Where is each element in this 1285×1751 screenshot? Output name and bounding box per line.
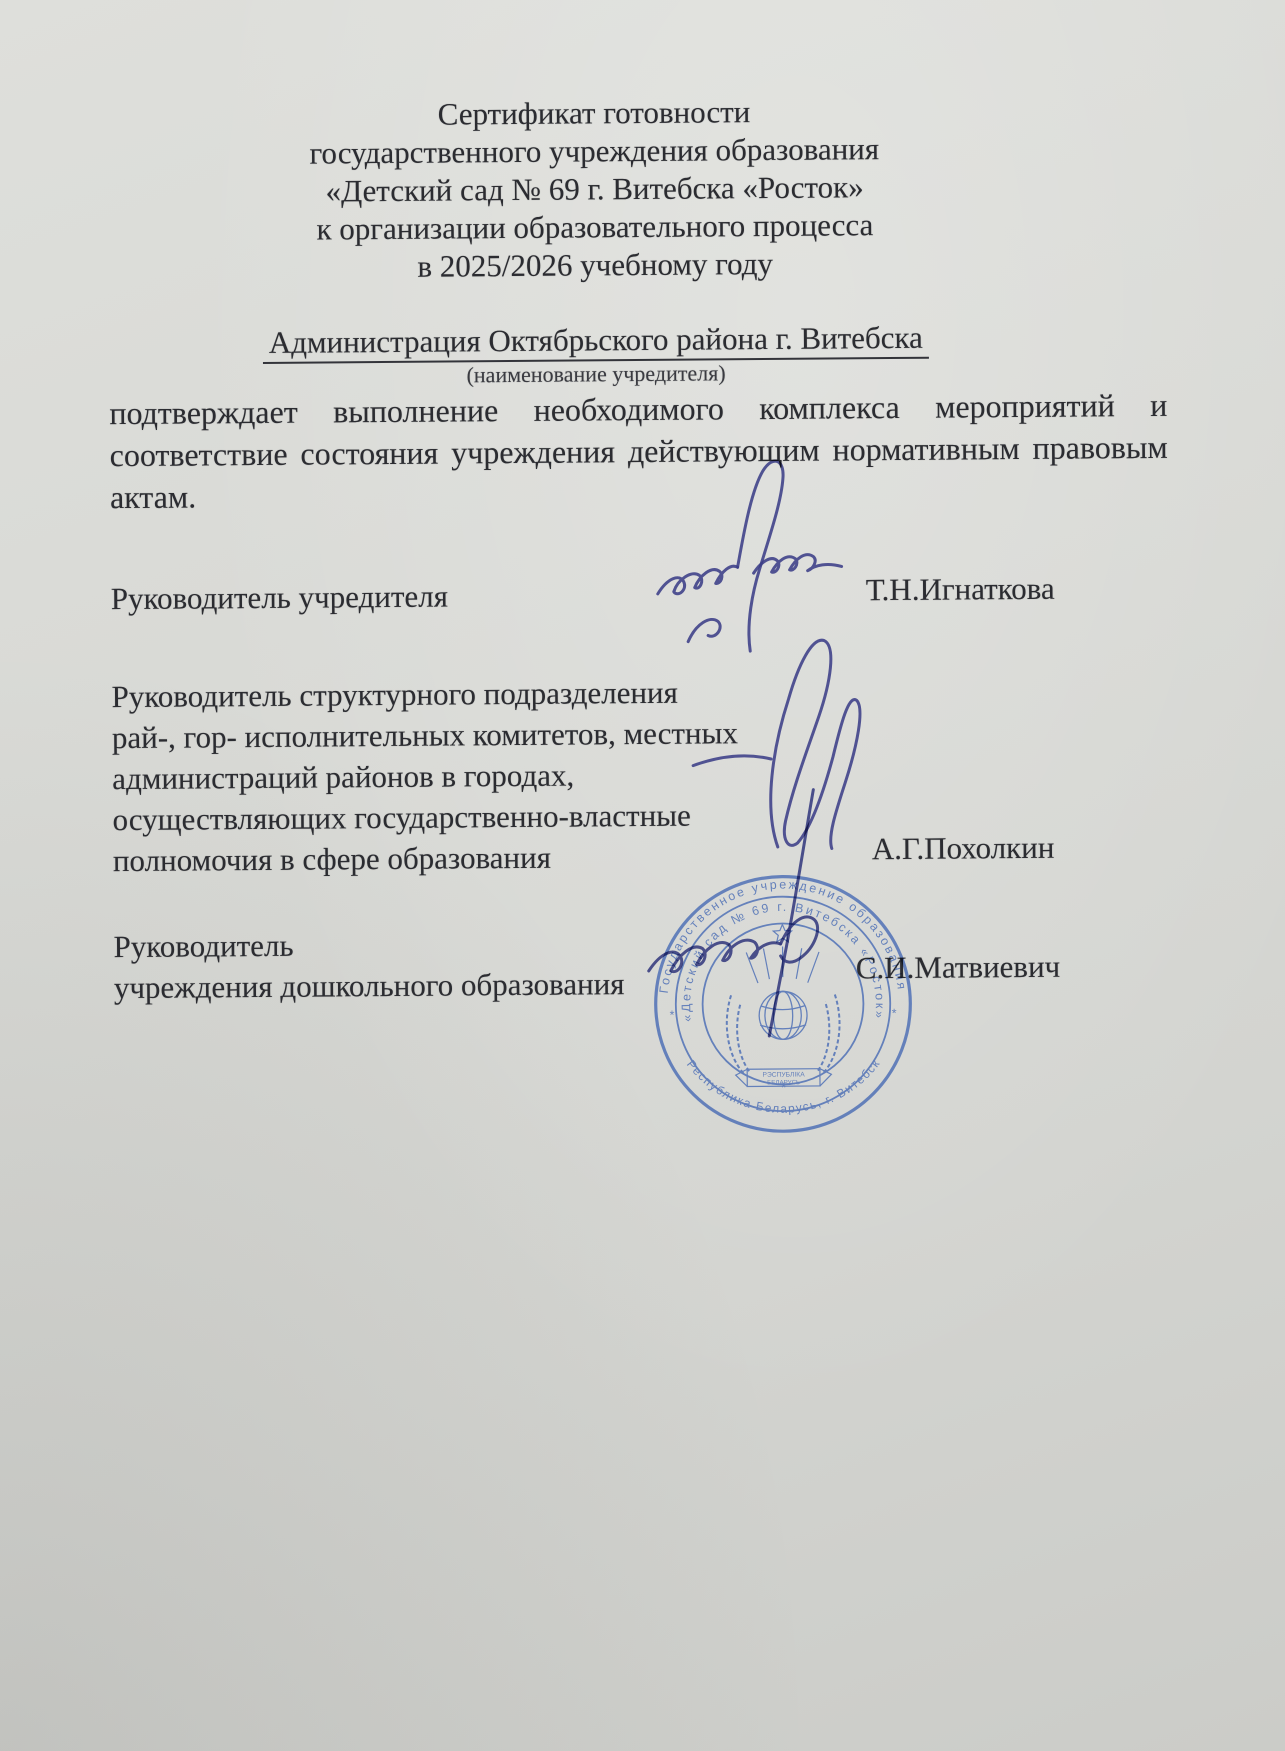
sig1-role: Руководитель учредителя <box>111 576 448 620</box>
ribbon-text-line1: РЭСПУБЛІКА <box>762 1071 805 1078</box>
signature-matvievich-icon <box>627 773 894 1055</box>
document-sheet: Сертификат готовности государственного у… <box>0 0 1285 1751</box>
founder-name: Администрация Октябрьского района г. Вит… <box>263 320 929 364</box>
title-line: в 2025/2026 учебному году <box>80 242 1110 288</box>
sig2-role-line: Руководитель структурного подразделения <box>111 671 737 717</box>
sig3-role-line: учреждения дошкольного образования <box>114 963 625 1008</box>
ribbon-text-line2: БЕЛАРУСЬ <box>767 1079 800 1086</box>
sig2-name: А.Г.Похолкин <box>872 830 1055 867</box>
sig3-role-line: Руководитель <box>113 922 624 967</box>
sig2-role-line: рай-, гор- исполнительных комитетов, мес… <box>112 712 738 758</box>
certificate-title: Сертификат готовности государственного у… <box>79 90 1110 288</box>
sig3-role-block: Руководитель учреждения дошкольного обра… <box>113 922 624 1008</box>
sig1-name: Т.Н.Игнаткова <box>866 571 1055 608</box>
